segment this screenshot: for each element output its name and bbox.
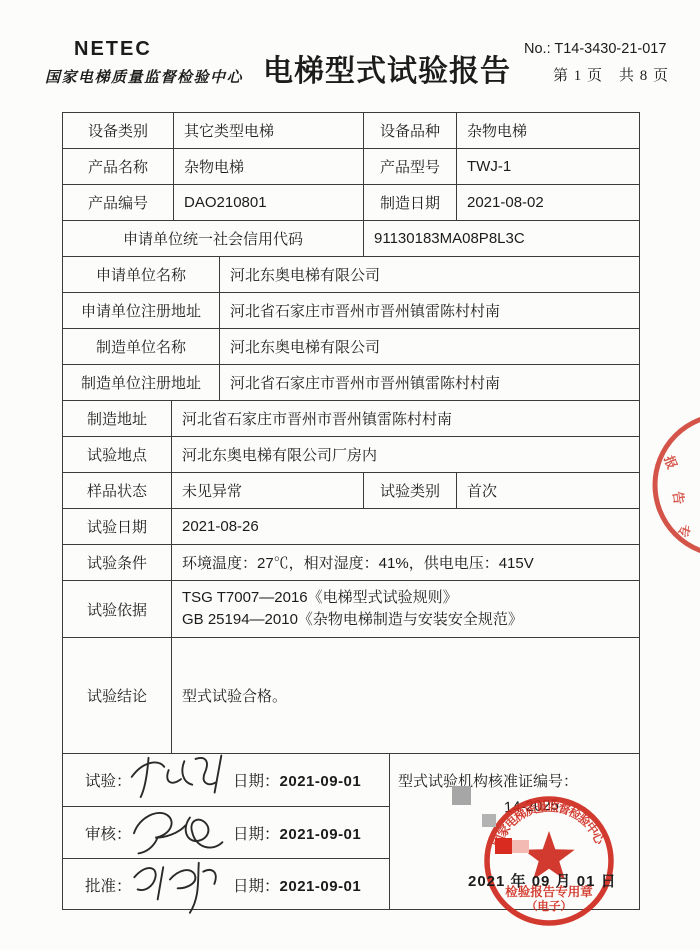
date-label: 日期： bbox=[233, 826, 280, 843]
redaction-square bbox=[495, 838, 512, 854]
official-stamp: 国家电梯质量监督检验中心 检验报告专用章 （电子） bbox=[472, 784, 626, 938]
edge-stamp-char: 告 bbox=[670, 490, 687, 505]
handwritten-signature bbox=[125, 855, 237, 915]
field-label: 设备类别 bbox=[63, 113, 173, 148]
signature-row-approve: 批准： 日期：2021-09-01 bbox=[63, 858, 389, 911]
sign-date: 日期：2021-09-01 bbox=[233, 874, 361, 896]
field-label: 样品状态 bbox=[63, 473, 171, 508]
signature-row-test: 试验： 日期：2021-09-01 bbox=[63, 754, 389, 806]
field-value: 首次 bbox=[456, 473, 639, 508]
field-value: 杂物电梯 bbox=[173, 149, 363, 184]
field-label: 申请单位统一社会信用代码 bbox=[63, 221, 363, 256]
page-indicator: 第 1 页 共 8 页 bbox=[553, 64, 669, 85]
signoff-section: 试验： 日期：2021-09-01 审核： bbox=[63, 753, 639, 909]
table-row: 试验结论 型式试验合格。 bbox=[63, 637, 639, 753]
field-value: 河北东奥电梯有限公司 bbox=[219, 257, 639, 292]
field-label: 试验地点 bbox=[63, 437, 171, 472]
field-value: TWJ-1 bbox=[456, 149, 639, 184]
redaction-square bbox=[512, 840, 529, 853]
approval-cell: 型式试验机构核准证编号： 14-2025 2021 年 09 月 01 日 国家… bbox=[389, 754, 639, 909]
field-label: 产品型号 bbox=[363, 149, 456, 184]
report-table: 设备类别 其它类型电梯 设备品种 杂物电梯 产品名称 杂物电梯 产品型号 TWJ… bbox=[62, 112, 640, 910]
table-row: 设备类别 其它类型电梯 设备品种 杂物电梯 bbox=[63, 113, 639, 148]
redaction-square bbox=[452, 786, 471, 805]
field-label: 申请单位注册地址 bbox=[63, 293, 219, 328]
field-value: 91130183MA08P8L3C bbox=[363, 221, 639, 256]
edge-stamp-svg: 报 告 专 bbox=[648, 400, 700, 568]
field-label: 产品编号 bbox=[63, 185, 173, 220]
field-value: 河北省石家庄市晋州市晋州镇雷陈村村南 bbox=[219, 293, 639, 328]
field-label: 制造单位名称 bbox=[63, 329, 219, 364]
date-value: 2021-09-01 bbox=[280, 773, 362, 790]
field-value: 河北东奥电梯有限公司厂房内 bbox=[171, 437, 639, 472]
field-label: 试验类别 bbox=[363, 473, 456, 508]
table-row: 制造单位注册地址 河北省石家庄市晋州市晋州镇雷陈村村南 bbox=[63, 364, 639, 400]
field-value: 环境温度：27℃，相对湿度：41%，供电电压：415V bbox=[171, 545, 639, 580]
field-label: 试验结论 bbox=[63, 638, 171, 753]
signature-column: 试验： 日期：2021-09-01 审核： bbox=[63, 754, 389, 909]
stamp-date: 2021 年 09 月 01 日 bbox=[468, 870, 617, 891]
field-label: 制造日期 bbox=[363, 185, 456, 220]
table-row: 产品名称 杂物电梯 产品型号 TWJ-1 bbox=[63, 148, 639, 184]
field-label: 制造地址 bbox=[63, 401, 171, 436]
field-value: 未见异常 bbox=[171, 473, 363, 508]
date-value: 2021-09-01 bbox=[280, 826, 362, 843]
field-label: 试验依据 bbox=[63, 581, 171, 637]
field-label: 设备品种 bbox=[363, 113, 456, 148]
signature-row-review: 审核： 日期：2021-09-01 bbox=[63, 806, 389, 859]
date-label: 日期： bbox=[233, 773, 280, 790]
field-value: TSG T7007—2016《电梯型式试验规则》 GB 25194—2010《杂… bbox=[171, 581, 639, 637]
field-value: 河北东奥电梯有限公司 bbox=[219, 329, 639, 364]
sign-date: 日期：2021-09-01 bbox=[233, 769, 361, 791]
test-basis-line2: GB 25194—2010《杂物电梯制造与安装安全规范》 bbox=[182, 609, 629, 631]
redaction-square bbox=[482, 814, 496, 827]
field-value: 河北省石家庄市晋州市晋州镇雷陈村村南 bbox=[171, 401, 639, 436]
handwritten-signature bbox=[125, 750, 237, 806]
table-row: 样品状态 未见异常 试验类别 首次 bbox=[63, 472, 639, 508]
stamp-line2: （电子） bbox=[526, 899, 572, 913]
field-value: DAO210801 bbox=[173, 185, 363, 220]
report-page: NETEC 国家电梯质量监督检验中心 电梯型式试验报告 No.: T14-343… bbox=[0, 0, 700, 950]
field-value: 2021-08-26 bbox=[171, 509, 639, 544]
edge-stamp-char: 专 bbox=[676, 524, 692, 539]
table-row: 制造地址 河北省石家庄市晋州市晋州镇雷陈村村南 bbox=[63, 400, 639, 436]
field-value: 杂物电梯 bbox=[456, 113, 639, 148]
field-value: 2021-08-02 bbox=[456, 185, 639, 220]
table-row: 试验地点 河北东奥电梯有限公司厂房内 bbox=[63, 436, 639, 472]
handwritten-signature bbox=[125, 803, 237, 859]
field-value: 其它类型电梯 bbox=[173, 113, 363, 148]
field-value: 河北省石家庄市晋州市晋州镇雷陈村村南 bbox=[219, 365, 639, 400]
org-abbreviation: NETEC bbox=[74, 38, 152, 61]
field-label: 申请单位名称 bbox=[63, 257, 219, 292]
date-value: 2021-09-01 bbox=[280, 878, 362, 895]
field-label: 试验日期 bbox=[63, 509, 171, 544]
table-row: 试验日期 2021-08-26 bbox=[63, 508, 639, 544]
report-number: No.: T14-3430-21-017 bbox=[524, 41, 666, 57]
sign-date: 日期：2021-09-01 bbox=[233, 822, 361, 844]
test-basis-line1: TSG T7007—2016《电梯型式试验规则》 bbox=[182, 587, 629, 609]
table-row: 申请单位名称 河北东奥电梯有限公司 bbox=[63, 256, 639, 292]
table-row: 产品编号 DAO210801 制造日期 2021-08-02 bbox=[63, 184, 639, 220]
field-label: 产品名称 bbox=[63, 149, 173, 184]
table-row: 制造单位名称 河北东奥电梯有限公司 bbox=[63, 328, 639, 364]
table-row: 申请单位统一社会信用代码 91130183MA08P8L3C bbox=[63, 220, 639, 256]
table-row: 试验条件 环境温度：27℃，相对湿度：41%，供电电压：415V bbox=[63, 544, 639, 580]
edge-stamp-partial: 报 告 专 bbox=[648, 400, 700, 568]
field-value: 型式试验合格。 bbox=[171, 638, 639, 753]
table-row: 试验依据 TSG T7007—2016《电梯型式试验规则》 GB 25194—2… bbox=[63, 580, 639, 637]
org-name: 国家电梯质量监督检验中心 bbox=[45, 66, 243, 87]
field-label: 制造单位注册地址 bbox=[63, 365, 219, 400]
edge-stamp-char: 报 bbox=[661, 454, 680, 472]
date-label: 日期： bbox=[233, 878, 280, 895]
field-label: 试验条件 bbox=[63, 545, 171, 580]
report-title: 电梯型式试验报告 bbox=[263, 46, 523, 90]
table-row: 申请单位注册地址 河北省石家庄市晋州市晋州镇雷陈村村南 bbox=[63, 292, 639, 328]
